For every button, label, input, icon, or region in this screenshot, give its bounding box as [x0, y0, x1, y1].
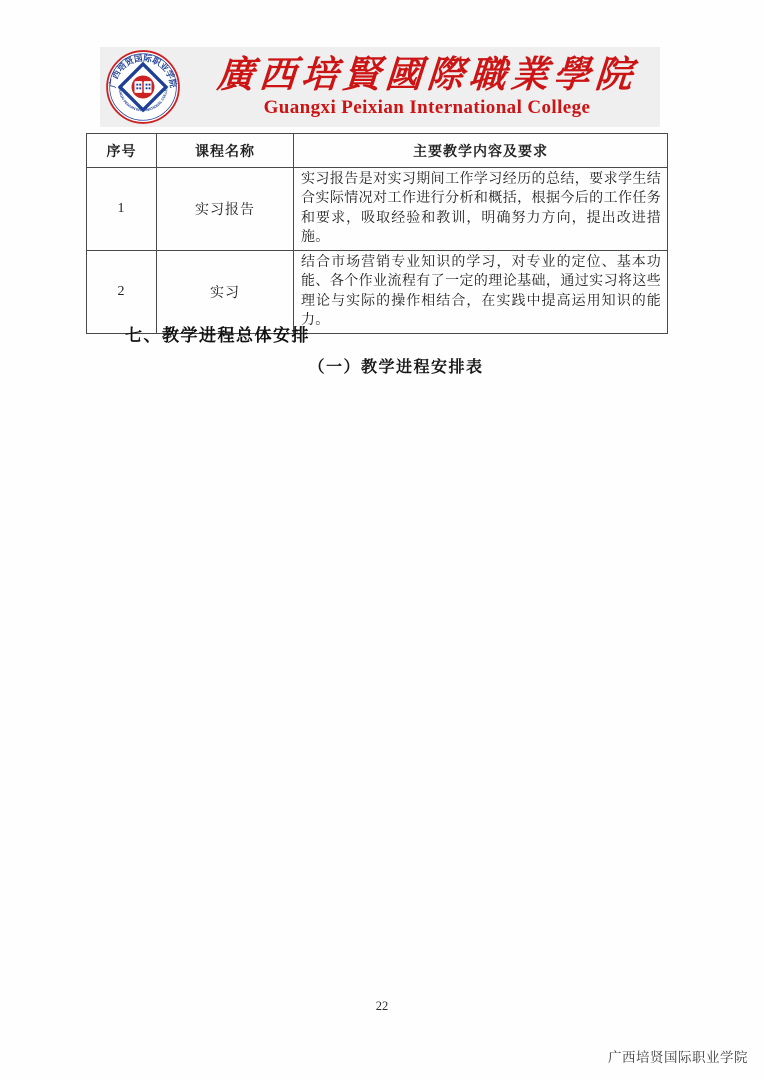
- section-heading: 七、教学进程总体安排: [125, 321, 310, 346]
- table-row: 1 实习报告 实习报告是对实习期间工作学习经历的总结，要求学生结合实际情况对工作…: [87, 168, 668, 251]
- section-subheading: （一）教学进程安排表: [86, 354, 706, 377]
- course-table-container: 序号 课程名称 主要教学内容及要求 1 实习报告 实习报告是对实习期间工作学习经…: [86, 133, 668, 334]
- course-content: 实习报告是对实习期间工作学习经历的总结，要求学生结合实际情况对工作进行分析和概括…: [294, 168, 668, 251]
- course-table: 序号 课程名称 主要教学内容及要求 1 实习报告 实习报告是对实习期间工作学习经…: [86, 133, 668, 334]
- letterhead-titles: 廣西培賢國際職業學院 Guangxi Peixian International…: [200, 47, 654, 127]
- college-seal-icon: 广西培贤国际职业学院 GUANGXI PEIXIAN INTERNATIONAL…: [106, 50, 180, 124]
- footer-institution-name: 广西培贤国际职业学院: [608, 1046, 748, 1066]
- course-name: 实习报告: [157, 168, 294, 251]
- col-header-no: 序号: [87, 134, 157, 168]
- document-page: 广西培贤国际职业学院 GUANGXI PEIXIAN INTERNATIONAL…: [0, 0, 764, 1080]
- row-number: 1: [87, 168, 157, 251]
- college-name-chinese: 廣西培賢國際職業學院: [199, 56, 656, 96]
- letterhead-band: 广西培贤国际职业学院 GUANGXI PEIXIAN INTERNATIONAL…: [100, 47, 660, 127]
- college-name-english: Guangxi Peixian International College: [200, 97, 654, 118]
- page-number: 22: [0, 999, 764, 1014]
- col-header-course: 课程名称: [157, 134, 294, 168]
- course-content: 结合市场营销专业知识的学习，对专业的定位、基本功能、各个作业流程有了一定的理论基…: [294, 251, 668, 334]
- college-seal-logo: 广西培贤国际职业学院 GUANGXI PEIXIAN INTERNATIONAL…: [106, 50, 180, 124]
- table-header-row: 序号 课程名称 主要教学内容及要求: [87, 134, 668, 168]
- col-header-content: 主要教学内容及要求: [294, 134, 668, 168]
